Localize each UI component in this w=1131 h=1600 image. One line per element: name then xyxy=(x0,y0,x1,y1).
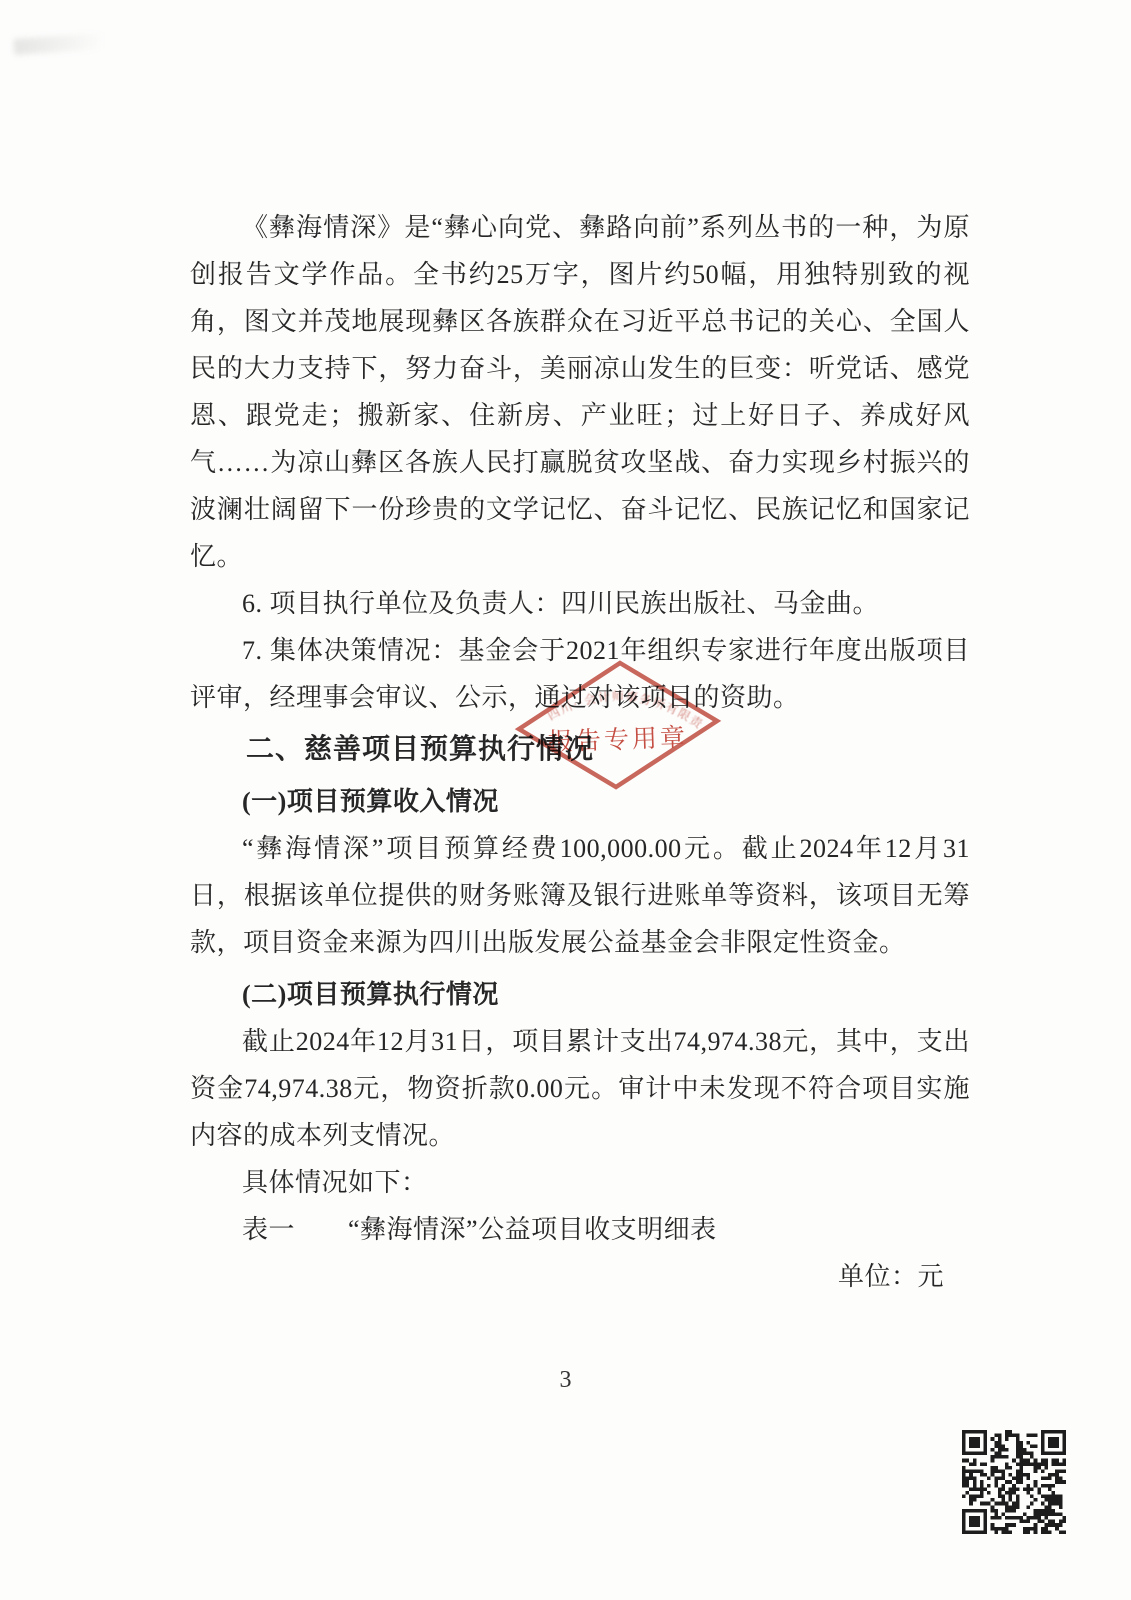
page-number: 3 xyxy=(0,1364,1131,1396)
paragraph-spending-detail: 截止2024年12月31日，项目累计支出74,974.38元，其中，支出资金74… xyxy=(190,1018,970,1159)
table-one-caption: 表一 “彝海情深”公益项目收支明细表 xyxy=(190,1206,970,1253)
qr-code-icon xyxy=(962,1430,1066,1534)
subheading-budget-spending: (二)项目预算执行情况 xyxy=(190,971,970,1018)
report-seal-stamp: 四川··会计师事务所有限责任公司 报告专用章 xyxy=(490,648,750,808)
report-page: 《彝海情深》是“彝心向党、彝路向前”系列丛书的一种，为原创报告文学作品。全书约2… xyxy=(0,0,1131,1600)
stamp-company-arc-text: 四川··会计师事务所有限责任公司 xyxy=(490,648,707,732)
stamp-label: 报告专用章 xyxy=(548,724,689,757)
paragraph-book-intro: 《彝海情深》是“彝心向党、彝路向前”系列丛书的一种，为原创报告文学作品。全书约2… xyxy=(190,204,970,580)
paragraph-item-6-executor: 6. 项目执行单位及负责人：四川民族出版社、马金曲。 xyxy=(190,580,970,627)
paragraph-details-lead: 具体情况如下： xyxy=(190,1159,970,1206)
scan-artifact xyxy=(14,33,105,55)
unit-label: 单位：元 xyxy=(190,1253,970,1300)
paragraph-income-detail: “彝海情深”项目预算经费100,000.00元。截止2024年12月31日，根据… xyxy=(190,825,970,966)
